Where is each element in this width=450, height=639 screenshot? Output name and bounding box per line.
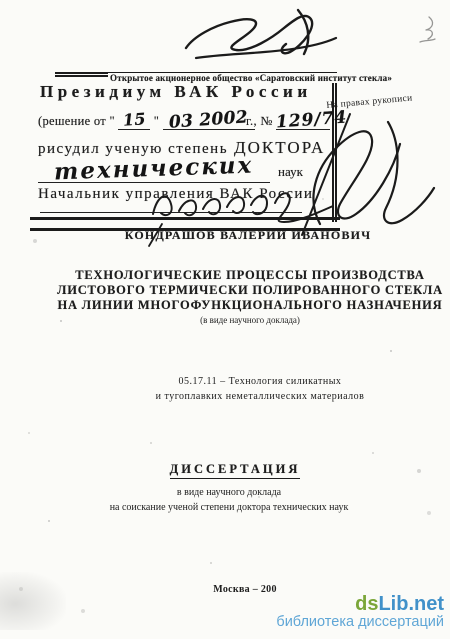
specialty-name-line: и тугоплавких неметаллических материалов [70, 390, 450, 405]
stamp-field-line: техническихнаук [38, 156, 303, 184]
decision-date-field: 03 2002 [163, 112, 255, 130]
specialty-code-line: 05.17.11 – Технология силикатных [70, 375, 450, 390]
field-handwritten: технических [54, 153, 254, 186]
rights-note: На правах рукописи [326, 93, 413, 110]
signature-top-icon [180, 2, 343, 68]
specialty-block: 05.17.11 – Технология силикатных и тугоп… [70, 375, 450, 404]
dslib-logo-libnet: Lib.net [378, 593, 444, 615]
decision-quote: " [154, 114, 159, 128]
dslib-logo-ds: ds [355, 593, 378, 615]
decision-number-field: 129/74 [276, 112, 330, 130]
stamp-presidium-title: Президиум ВАК России [40, 82, 312, 102]
dslib-logo: dsLib.net [276, 596, 444, 613]
dslib-tagline: библиотека диссертаций [276, 614, 444, 630]
decision-prefix: (решение от " [38, 114, 115, 128]
title-subtitle: (в виде научного доклада) [50, 315, 450, 325]
field-underline: технических [38, 156, 270, 183]
scanned-title-page: Открытое акционерное общество «Саратовск… [0, 0, 450, 639]
author-name: КОНДРАШОВ ВАЛЕРИЙ ИВАНОВИЧ [40, 228, 450, 243]
dissertation-heading-wrap: ДИССЕРТАЦИЯ [20, 460, 450, 479]
dslib-watermark: dsLib.net библиотека диссертаций [276, 596, 444, 630]
dissertation-heading: ДИССЕРТАЦИЯ [170, 462, 301, 479]
scan-smudge [0, 572, 66, 630]
decision-date-handwritten: 03 2002 [169, 109, 249, 131]
corner-mark-icon [415, 14, 439, 46]
stamp-official-line: Начальник управления ВАК России [38, 186, 313, 203]
decision-day-field: 15 [118, 112, 150, 130]
dissertation-sublines: в виде научного доклада на соискание уче… [8, 486, 450, 515]
dissertation-subline: на соискание ученой степени доктора техн… [8, 501, 450, 516]
decision-suffix: г., № [246, 114, 273, 128]
stamp-decision-line: (решение от " 15 " 03 2002 г., № 129/74 [38, 112, 330, 130]
title-line: ЛИСТОВОГО ТЕРМИЧЕСКИ ПОЛИРОВАННОГО СТЕКЛ… [50, 283, 450, 298]
title-line: ТЕХНОЛОГИЧЕСКИЕ ПРОЦЕССЫ ПРОИЗВОДСТВА [50, 268, 450, 283]
dissertation-title: ТЕХНОЛОГИЧЕСКИЕ ПРОЦЕССЫ ПРОИЗВОДСТВА ЛИ… [50, 268, 450, 313]
decision-number-handwritten: 129/74 [275, 110, 347, 132]
decision-day-handwritten: 15 [122, 111, 146, 129]
signature-line [40, 212, 302, 213]
dissertation-subline: в виде научного доклада [8, 486, 450, 501]
field-suffix: наук [278, 164, 303, 179]
title-line: НА ЛИНИИ МНОГОФУНКЦИОНАЛЬНОГО НАЗНАЧЕНИЯ [50, 298, 450, 313]
